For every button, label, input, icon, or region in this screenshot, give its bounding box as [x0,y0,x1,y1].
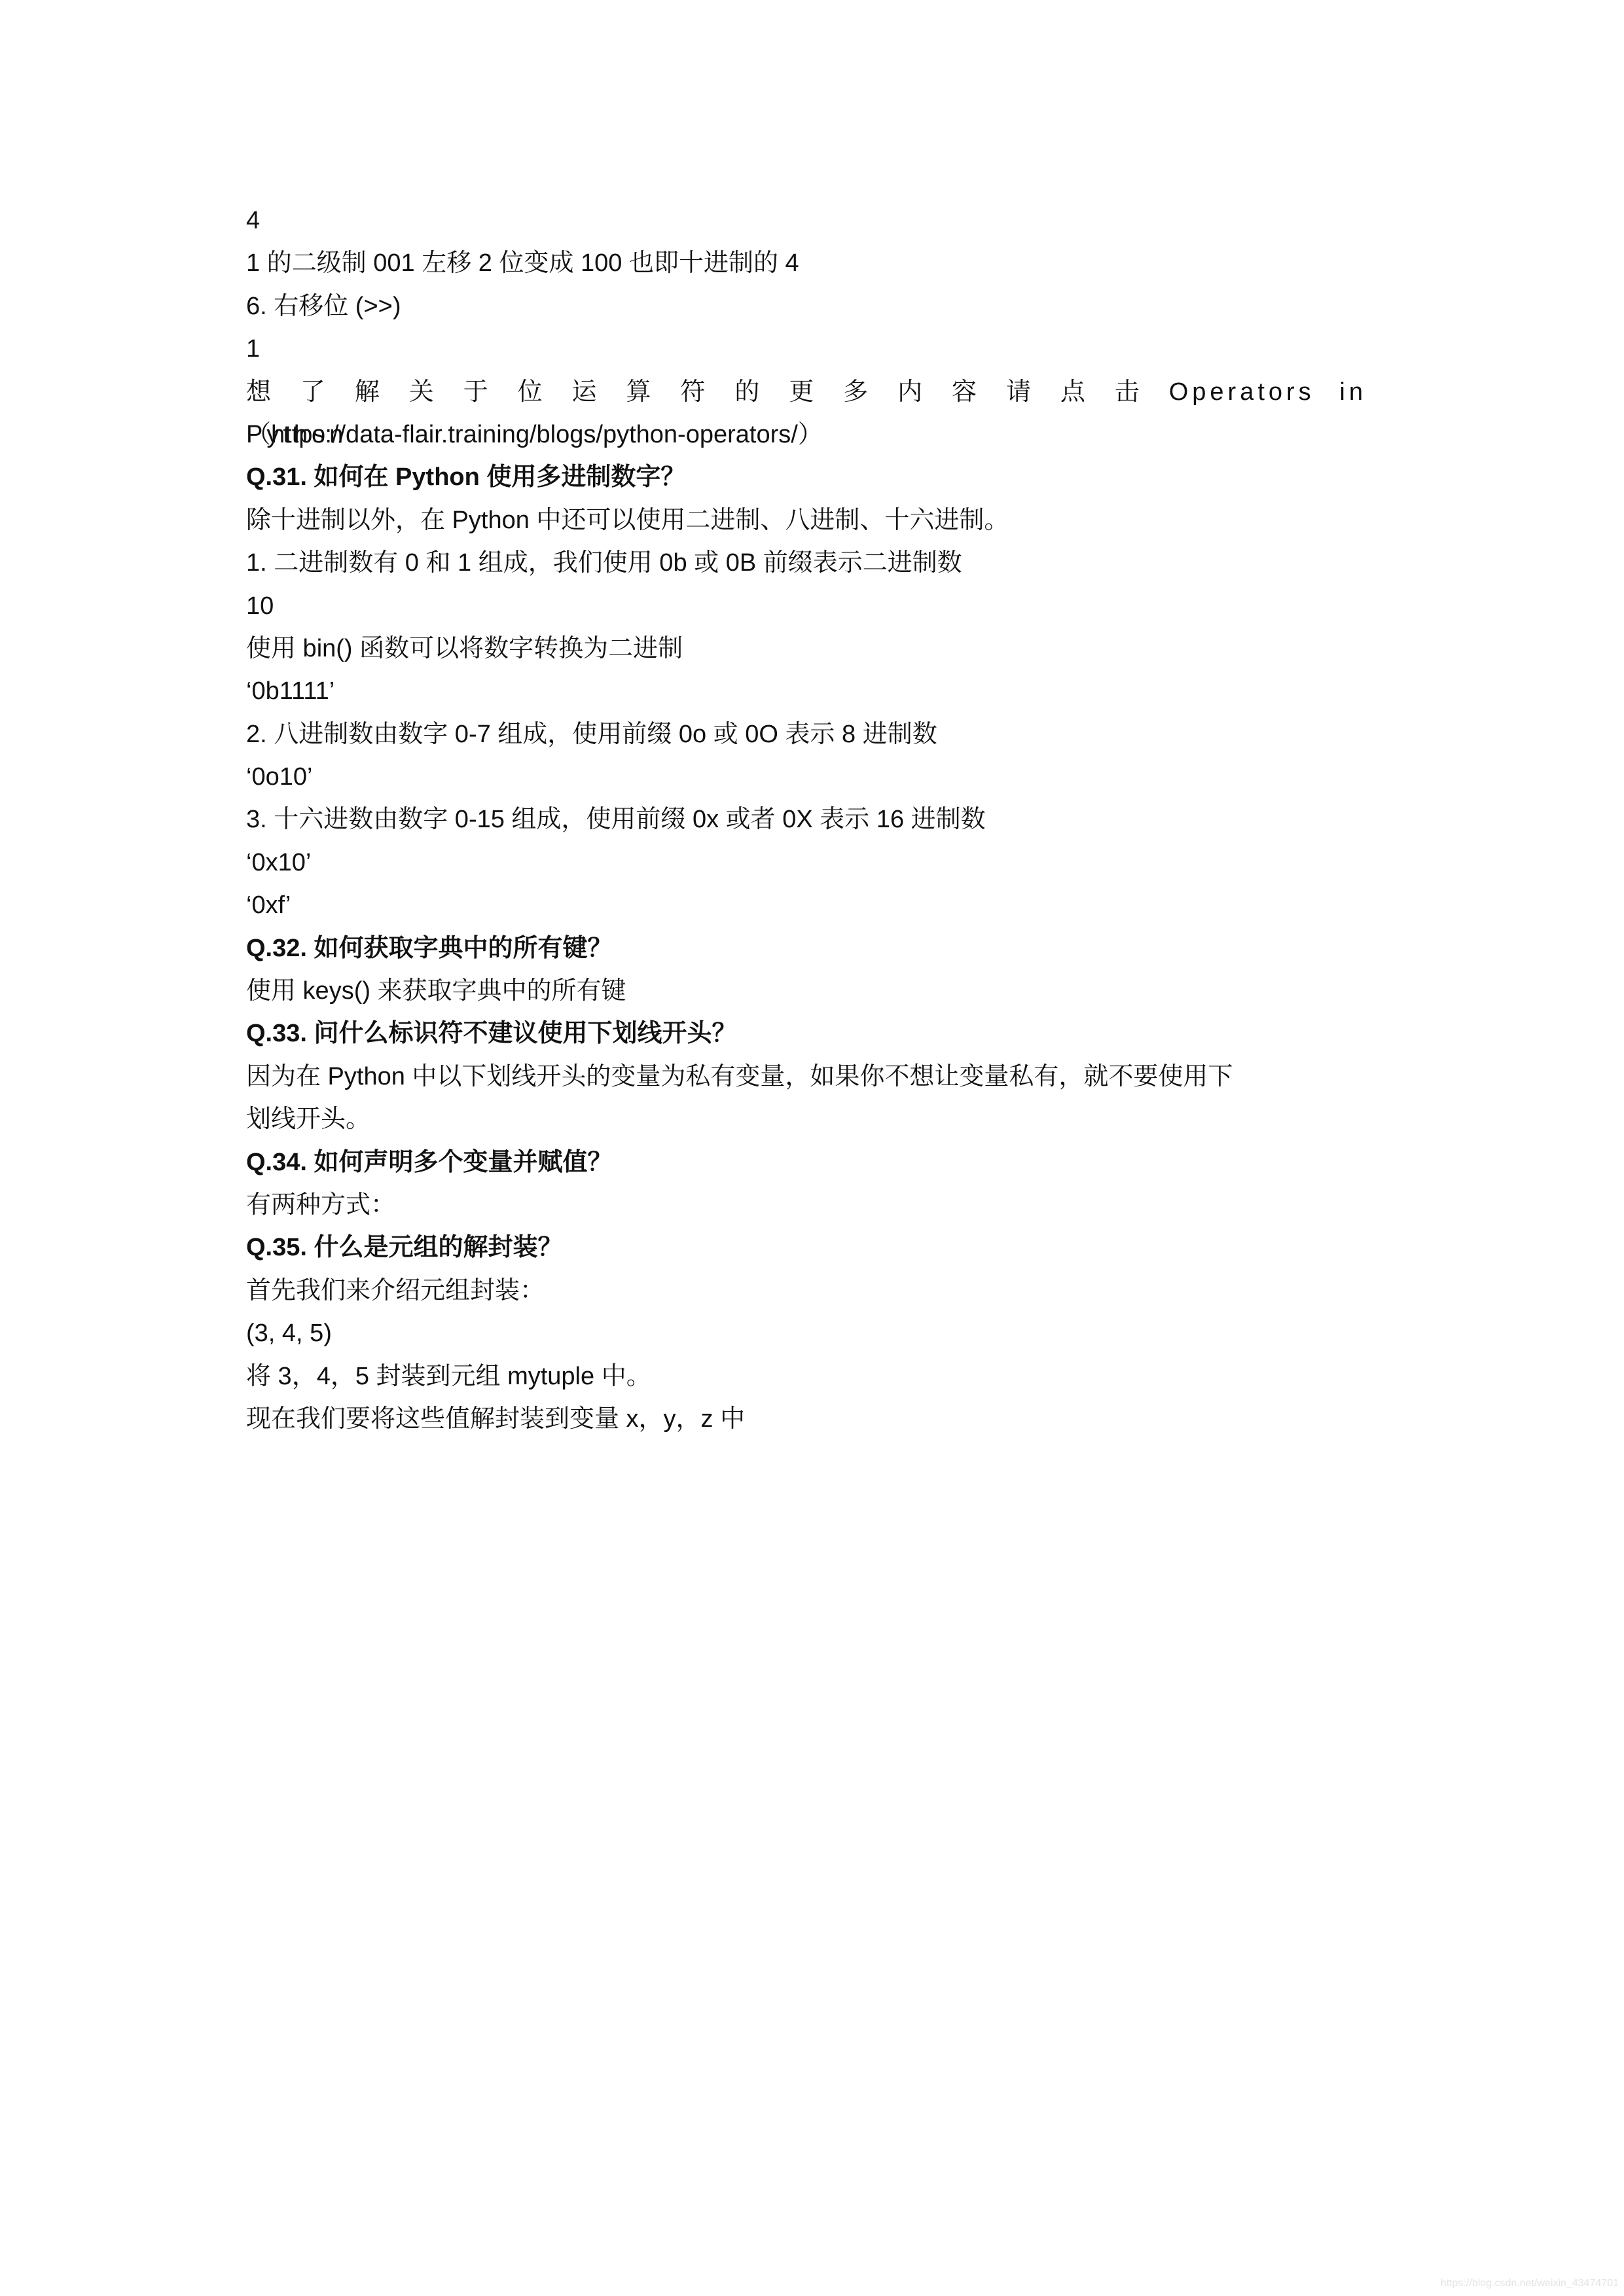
paragraph-line: 划线开头。 [246,1098,1367,1141]
code-output-line: 10 [246,585,1367,628]
paragraph-line: 1. 二进制数有 0 和 1 组成，我们使用 0b 或 0B 前缀表示二进制数 [246,542,1367,584]
result-value-line: 4 [246,200,1367,242]
document-body: 4 1 的二级制 001 左移 2 位变成 100 也即十进制的 4 6. 右移… [246,200,1367,1441]
question-heading-q31: Q.31. 如何在 Python 使用多进制数字？ [246,456,1367,499]
paragraph-line: 2. 八进制数由数字 0-7 组成，使用前缀 0o 或 0O 表示 8 进制数 [246,713,1367,756]
operators-link-line[interactable]: 想 了 解 关 于 位 运 算 符 的 更 多 内 容 请 点 击 Operat… [246,371,1367,414]
paragraph-line: 现在我们要将这些值解封装到变量 x，y，z 中 [246,1398,1367,1441]
paragraph-line: 有两种方式： [246,1184,1367,1227]
paragraph-line: 使用 bin() 函数可以将数字转换为二进制 [246,628,1367,670]
code-output-line: ‘0x10’ [246,842,1367,884]
question-heading-q35: Q.35. 什么是元组的解封装？ [246,1227,1367,1269]
paragraph-line: 因为在 Python 中以下划线开头的变量为私有变量，如果你不想让变量私有，就不… [246,1056,1367,1098]
question-heading-q34: Q.34. 如何声明多个变量并赋值？ [246,1141,1367,1184]
result-value-line: 1 [246,328,1367,370]
code-output-line: ‘0b1111’ [246,670,1367,713]
paragraph-line: 除十进制以外，在 Python 中还可以使用二进制、八进制、十六进制。 [246,499,1367,542]
paragraph-line: 将 3，4，5 封装到元组 mytuple 中。 [246,1355,1367,1398]
code-output-line: ‘0xf’ [246,884,1367,927]
paragraph-line: 使用 keys() 来获取字典中的所有键 [246,970,1367,1013]
code-output-line: ‘0o10’ [246,756,1367,798]
shift-explanation-line: 1 的二级制 001 左移 2 位变成 100 也即十进制的 4 [246,242,1367,285]
watermark: https://blog.csdn.net/weixin_43474701 [1441,2278,1619,2289]
paragraph-line: 首先我们来介绍元组封装： [246,1270,1367,1312]
operators-url-line[interactable]: （https://data-flair.training/blogs/pytho… [246,414,1367,456]
question-heading-q33: Q.33. 问什么标识符不建议使用下划线开头？ [246,1013,1367,1055]
paragraph-line: 3. 十六进数由数字 0-15 组成，使用前缀 0x 或者 0X 表示 16 进… [246,798,1367,841]
code-output-line: (3, 4, 5) [246,1312,1367,1355]
question-heading-q32: Q.32. 如何获取字典中的所有键？ [246,927,1367,970]
right-shift-heading: 6. 右移位 (>>) [246,285,1367,328]
